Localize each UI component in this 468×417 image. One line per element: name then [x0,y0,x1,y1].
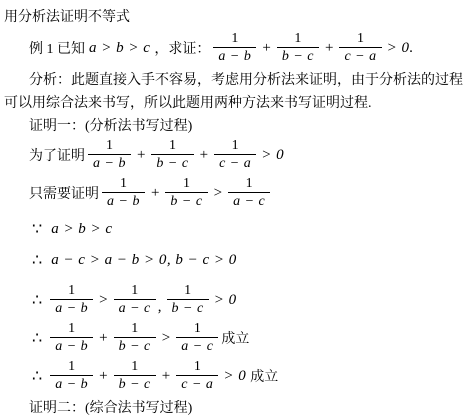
fraction-denominator: b − c [114,337,156,355]
line-step-deduce-1: ∴a − c > a − b > 0, b − c > 0 [3,248,466,272]
text-run: 分析：此题直接入手不容易，考虑用分析法来证明，由于分析法的过程 [29,69,463,89]
math-expression: a − c > a − b > 0, b − c > 0 [51,252,237,269]
fraction: 1a − c [176,321,218,355]
line-proof-1-heading: 证明一：(分析法书写过程) [3,113,466,136]
fraction-denominator: a − c [228,192,270,210]
line-step-deduce-2: ∴1a − b>1a − c,1b − c> 0 [3,281,466,319]
fraction-numerator: 1 [181,176,192,192]
fraction-denominator: a − c [114,299,156,317]
fraction-denominator: b − c [167,299,209,317]
fraction: 1b − c [114,359,156,393]
because-symbol: ∵ [32,219,42,239]
fraction-numerator: 1 [66,321,77,337]
fraction: 1b − c [277,31,319,65]
line-proof-2-heading: 证明二：(综合法书写过程) [3,395,466,417]
math-expression: > 0 [223,368,246,385]
fraction: 1c − a [214,138,256,172]
text-run: ，求证： [154,38,210,58]
math-operator: > [99,292,107,309]
math-operator: + [99,368,107,385]
fraction-denominator: a − b [213,47,256,65]
fraction-denominator: b − c [151,154,193,172]
fraction-numerator: 1 [244,176,255,192]
text-run: 成立 [250,366,278,386]
math-expression: > 0 [261,147,284,164]
fraction-denominator: b − c [277,47,319,65]
document: 用分析法证明不等式例 1 已知a > b > c，求证：1a − b+1b − … [0,0,468,417]
math-operator: + [137,147,145,164]
fraction-numerator: 1 [230,138,241,154]
text-run: 用分析法证明不等式 [4,6,130,26]
therefore-symbol: ∴ [32,328,42,348]
fraction-numerator: 1 [292,31,303,47]
fraction-denominator: a − c [176,337,218,355]
fraction-numerator: 1 [182,283,193,299]
fraction-denominator: a − b [50,375,93,393]
math-operator: > [162,330,170,347]
fraction: 1a − b [102,176,145,210]
text-run: 成立 [221,328,249,348]
line-step-conclude-1: ∴1a − b+1b − c>1a − c成立 [3,319,466,357]
line-step-goal: 为了证明1a − b+1b − c+1c − a> 0 [3,136,466,174]
therefore-symbol: ∴ [32,366,42,386]
fraction: 1b − c [151,138,193,172]
text-run: 证明一：(分析法书写过程) [29,115,192,135]
fraction: 1b − c [165,176,207,210]
therefore-symbol: ∴ [32,290,42,310]
line-example-statement: 例 1 已知a > b > c，求证：1a − b+1b − c+1c − a>… [3,29,466,67]
line-analysis-line-1: 分析：此题直接入手不容易，考虑用分析法来证明，由于分析法的过程 [3,67,466,90]
fraction: 1a − c [228,176,270,210]
fraction-denominator: b − c [114,375,156,393]
math-operator: + [325,40,333,57]
fraction-denominator: a − b [102,192,145,210]
line-step-reduce: 只需要证明1a − b+1b − c>1a − c [3,174,466,212]
math-operator: > [214,185,222,202]
math-expression: a > b > c [51,221,112,238]
math-expression: > 0 [214,292,237,309]
fraction: 1a − b [50,283,93,317]
fraction-numerator: 1 [355,31,366,47]
fraction: 1a − b [213,31,256,65]
fraction-denominator: a − b [88,154,131,172]
fraction: 1b − c [167,283,209,317]
fraction: 1b − c [114,321,156,355]
math-operator: + [151,185,159,202]
fraction-numerator: 1 [129,283,140,299]
text-run: 可以用综合法来书写，所以此题用两种方法来书写证明过程. [4,92,372,112]
comma: , [158,299,162,316]
fraction: 1c − a [339,31,381,65]
text-run: 证明二：(综合法书写过程) [29,397,192,417]
line-step-conclude-2: ∴1a − b+1b − c+1c − a> 0成立 [3,357,466,395]
fraction: 1a − b [50,321,93,355]
math-expression: > 0. [387,40,414,57]
math-operator: + [99,330,107,347]
text-run: 只需要证明 [29,183,99,203]
fraction-numerator: 1 [129,321,140,337]
fraction-denominator: c − a [176,375,218,393]
fraction-denominator: a − b [50,299,93,317]
fraction-denominator: c − a [339,47,381,65]
fraction-numerator: 1 [192,321,203,337]
fraction-numerator: 1 [104,138,115,154]
fraction-numerator: 1 [66,359,77,375]
fraction-numerator: 1 [66,283,77,299]
fraction-denominator: c − a [214,154,256,172]
fraction: 1c − a [176,359,218,393]
fraction: 1a − b [50,359,93,393]
fraction-denominator: b − c [165,192,207,210]
fraction-numerator: 1 [118,176,129,192]
math-expression: a > b > c [89,40,150,57]
line-analysis-line-2: 可以用综合法来书写，所以此题用两种方法来书写证明过程. [3,90,466,113]
text-run: 例 1 已知 [29,38,85,58]
math-operator: + [162,368,170,385]
fraction: 1a − c [114,283,156,317]
text-run: 为了证明 [29,145,85,165]
math-operator: + [262,40,270,57]
therefore-symbol: ∴ [32,250,42,270]
fraction-numerator: 1 [167,138,178,154]
fraction: 1a − b [88,138,131,172]
fraction-numerator: 1 [192,359,203,375]
fraction-numerator: 1 [229,31,240,47]
math-operator: + [200,147,208,164]
line-step-given: ∵a > b > c [3,217,466,241]
line-title: 用分析法证明不等式 [3,4,466,27]
fraction-numerator: 1 [129,359,140,375]
fraction-denominator: a − b [50,337,93,355]
